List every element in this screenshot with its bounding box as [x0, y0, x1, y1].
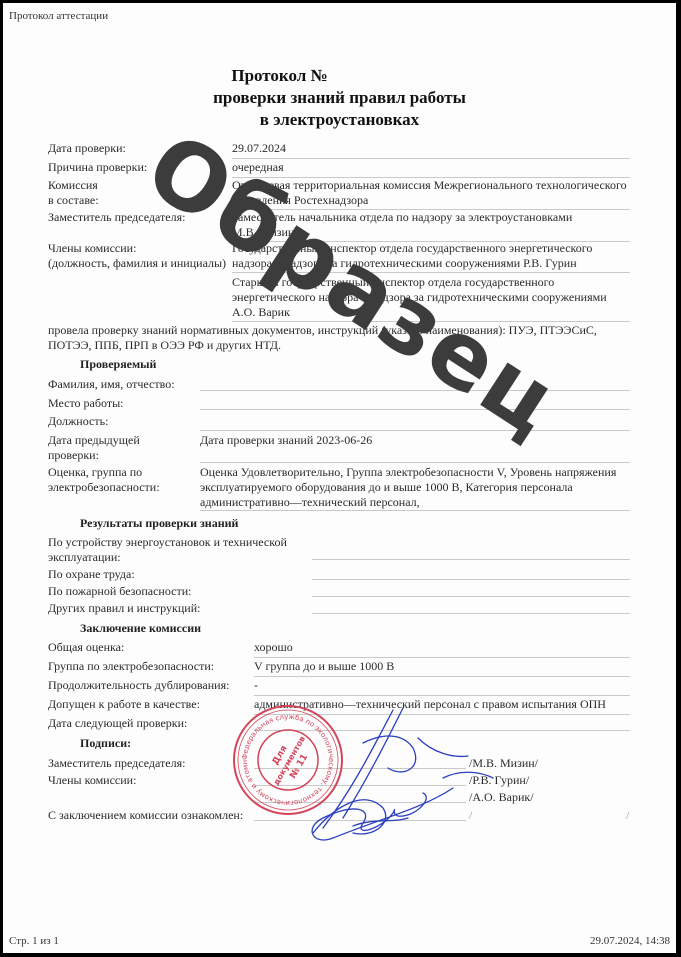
value: А.О. Варик — [232, 305, 290, 320]
label: в составе: — [48, 193, 99, 208]
value: Старший государственный инспектор отдела… — [232, 275, 554, 290]
field-grade: Оценка, группа по электробезопасности: О… — [48, 465, 630, 513]
label: (должность, фамилия и инициалы) — [48, 256, 226, 271]
value: управления Ростехнадзора — [232, 193, 368, 208]
signer-name: /А.О. Варик/ — [469, 790, 534, 805]
svg-text:Для: Для — [271, 744, 290, 767]
signature-line — [254, 820, 466, 821]
scope-text-2: ПОТЭЭ, ППБ, ПРП в ОЭЭ РФ и других НТД. — [48, 338, 638, 353]
print-datetime: 29.07.2024, 14:38 — [590, 935, 670, 947]
label: Причина проверки: — [48, 160, 147, 175]
label: По устройству энергоустановок и техничес… — [48, 535, 287, 550]
header-title: Протокол аттестации — [9, 10, 108, 22]
value: Дата проверки знаний 2023-06-26 — [200, 433, 372, 448]
label: Дата проверки: — [48, 141, 126, 156]
value: Государственный инспектор отдела государ… — [232, 241, 592, 256]
label: Общая оценка: — [48, 640, 124, 655]
field-prev-date: Дата предыдущей проверки: Дата проверки … — [48, 433, 630, 465]
value: административно—технический персонал с п… — [254, 697, 630, 715]
value: хорошо — [254, 640, 630, 658]
name-bracket-open: / — [469, 808, 472, 823]
name-bracket-close: / — [626, 808, 629, 823]
document-page: Протокол аттестации Протокол № проверки … — [3, 3, 676, 953]
svg-text:Федеральная служба по экологич: Федеральная служба по экологическому, те… — [231, 703, 335, 807]
svg-text:№ 11: № 11 — [288, 753, 310, 781]
blank-line — [200, 409, 630, 410]
value: V группа до и выше 1000 В — [254, 659, 630, 677]
label: Дата следующей проверки: — [48, 716, 187, 731]
value: эксплуатируемого оборудования до и выше … — [200, 480, 573, 495]
label: Оценка, группа по — [48, 465, 142, 480]
label: По охране труда: — [48, 567, 135, 582]
label: По пожарной безопасности: — [48, 584, 191, 599]
label: Место работы: — [48, 396, 123, 411]
blank-line — [312, 559, 630, 560]
signature-line — [254, 802, 466, 803]
divider — [200, 510, 630, 511]
signer-name: /Р.В. Гурин/ — [469, 773, 529, 788]
divider — [232, 321, 630, 322]
field-members: Члены комиссии: (должность, фамилия и ин… — [48, 241, 630, 321]
field-deputy-chair: Заместитель председателя: Заместитель на… — [48, 210, 630, 242]
label: Дата предыдущей — [48, 433, 140, 448]
blank-line — [254, 730, 630, 731]
value: энергетического надзора и надзора за гид… — [232, 290, 607, 305]
page-number: Стр. 1 из 1 — [9, 935, 59, 947]
label: Продолжительность дублирования: — [48, 678, 229, 693]
blank-line — [312, 596, 630, 597]
section-signatures: Подписи: — [80, 736, 131, 751]
signature-line — [254, 768, 466, 769]
label: Других правил и инструкций: — [48, 601, 200, 616]
field-commission: Комиссия в составе: Отраслевая территори… — [48, 178, 630, 210]
blank-line — [200, 390, 630, 391]
value: М.В. Мизин — [232, 225, 294, 240]
result-item: По устройству энергоустановок и техничес… — [48, 535, 630, 565]
label: Фамилия, имя, отчество: — [48, 377, 175, 392]
value: очередная — [232, 160, 630, 178]
label: электробезопасности: — [48, 480, 160, 495]
label: Комиссия — [48, 178, 98, 193]
title-line-3: в электроустановках — [3, 110, 676, 130]
label: проверки: — [48, 448, 99, 463]
label: эксплуатации: — [48, 550, 121, 565]
label: Группа по электробезопасности: — [48, 659, 214, 674]
svg-text:документов: документов — [272, 735, 307, 787]
label: Допущен к работе в качестве: — [48, 697, 200, 712]
signature-line — [254, 785, 466, 786]
label: Члены комиссии: — [48, 241, 136, 256]
scope-text-1: провела проверку знаний нормативных доку… — [48, 323, 638, 338]
divider — [232, 272, 630, 273]
value: административно—технический персонал, — [200, 495, 420, 510]
value: - — [254, 678, 630, 696]
value: Заместитель начальника отдела по надзору… — [232, 210, 572, 225]
blank-line — [312, 579, 630, 580]
value: Оценка Удовлетворительно, Группа электро… — [200, 465, 616, 480]
label: Члены комиссии: — [48, 773, 136, 788]
value: надзора и надзора за гидротехническими с… — [232, 256, 577, 271]
blank-line — [312, 613, 630, 614]
signer-name: /М.В. Мизин/ — [469, 756, 538, 771]
official-stamp-icon: Федеральная служба по экологическому, те… — [231, 703, 346, 818]
title-line-2: проверки знаний правил работы — [3, 88, 676, 108]
section-conclusion: Заключение комиссии — [80, 621, 201, 636]
value: 29.07.2024 — [232, 141, 630, 159]
blank-line — [200, 430, 630, 431]
label: Должность: — [48, 414, 108, 429]
label: Заместитель председателя: — [48, 210, 185, 225]
section-examinee: Проверяемый — [80, 357, 156, 372]
section-results: Результаты проверки знаний — [80, 516, 238, 531]
title-line-1: Протокол № — [3, 66, 616, 86]
label: С заключением комиссии ознакомлен: — [48, 808, 243, 823]
value: Отраслевая территориальная комиссия Межр… — [232, 178, 627, 193]
label: Заместитель председателя: — [48, 756, 185, 771]
divider — [200, 462, 630, 463]
